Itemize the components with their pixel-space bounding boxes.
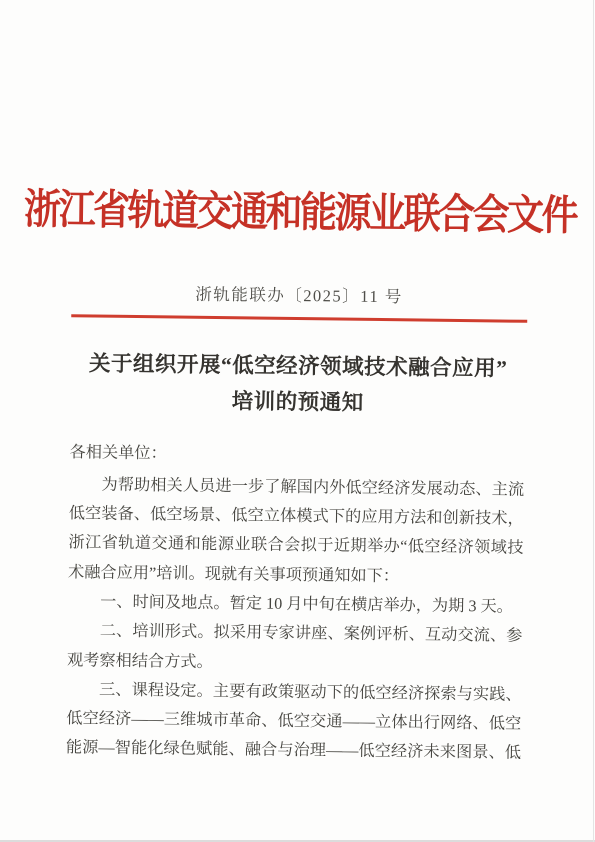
notice-title-line1: 关于组织开展“低空经济领域技术融合应用”: [0, 345, 595, 388]
notice-title-line2: 培训的预通知: [0, 381, 595, 424]
notice-body: 各相关单位： 为帮助相关人员进一步了解国内外低空经济发展动态、主流低空装备、低空…: [66, 438, 525, 768]
org-title: 浙江省轨道交通和能源业联合会文件: [2, 186, 595, 243]
doc-number: 浙轨能联办〔2025〕11 号: [1, 281, 595, 310]
red-divider-line: [71, 314, 527, 323]
salutation: 各相关单位：: [69, 438, 524, 473]
document-page: 浙江省轨道交通和能源业联合会文件 浙轨能联办〔2025〕11 号 关于组织开展“…: [0, 0, 595, 842]
body-lines: 为帮助相关人员进一步了解国内外低空经济发展动态、主流低空装备、低空场景、低空立体…: [66, 470, 525, 769]
scan-edge-right: [593, 0, 594, 842]
notice-title: 关于组织开展“低空经济领域技术融合应用” 培训的预通知: [0, 345, 595, 423]
body-line: 能源—智能化绿色赋能、融合与治理——低空经济未来图景、低: [66, 734, 521, 769]
